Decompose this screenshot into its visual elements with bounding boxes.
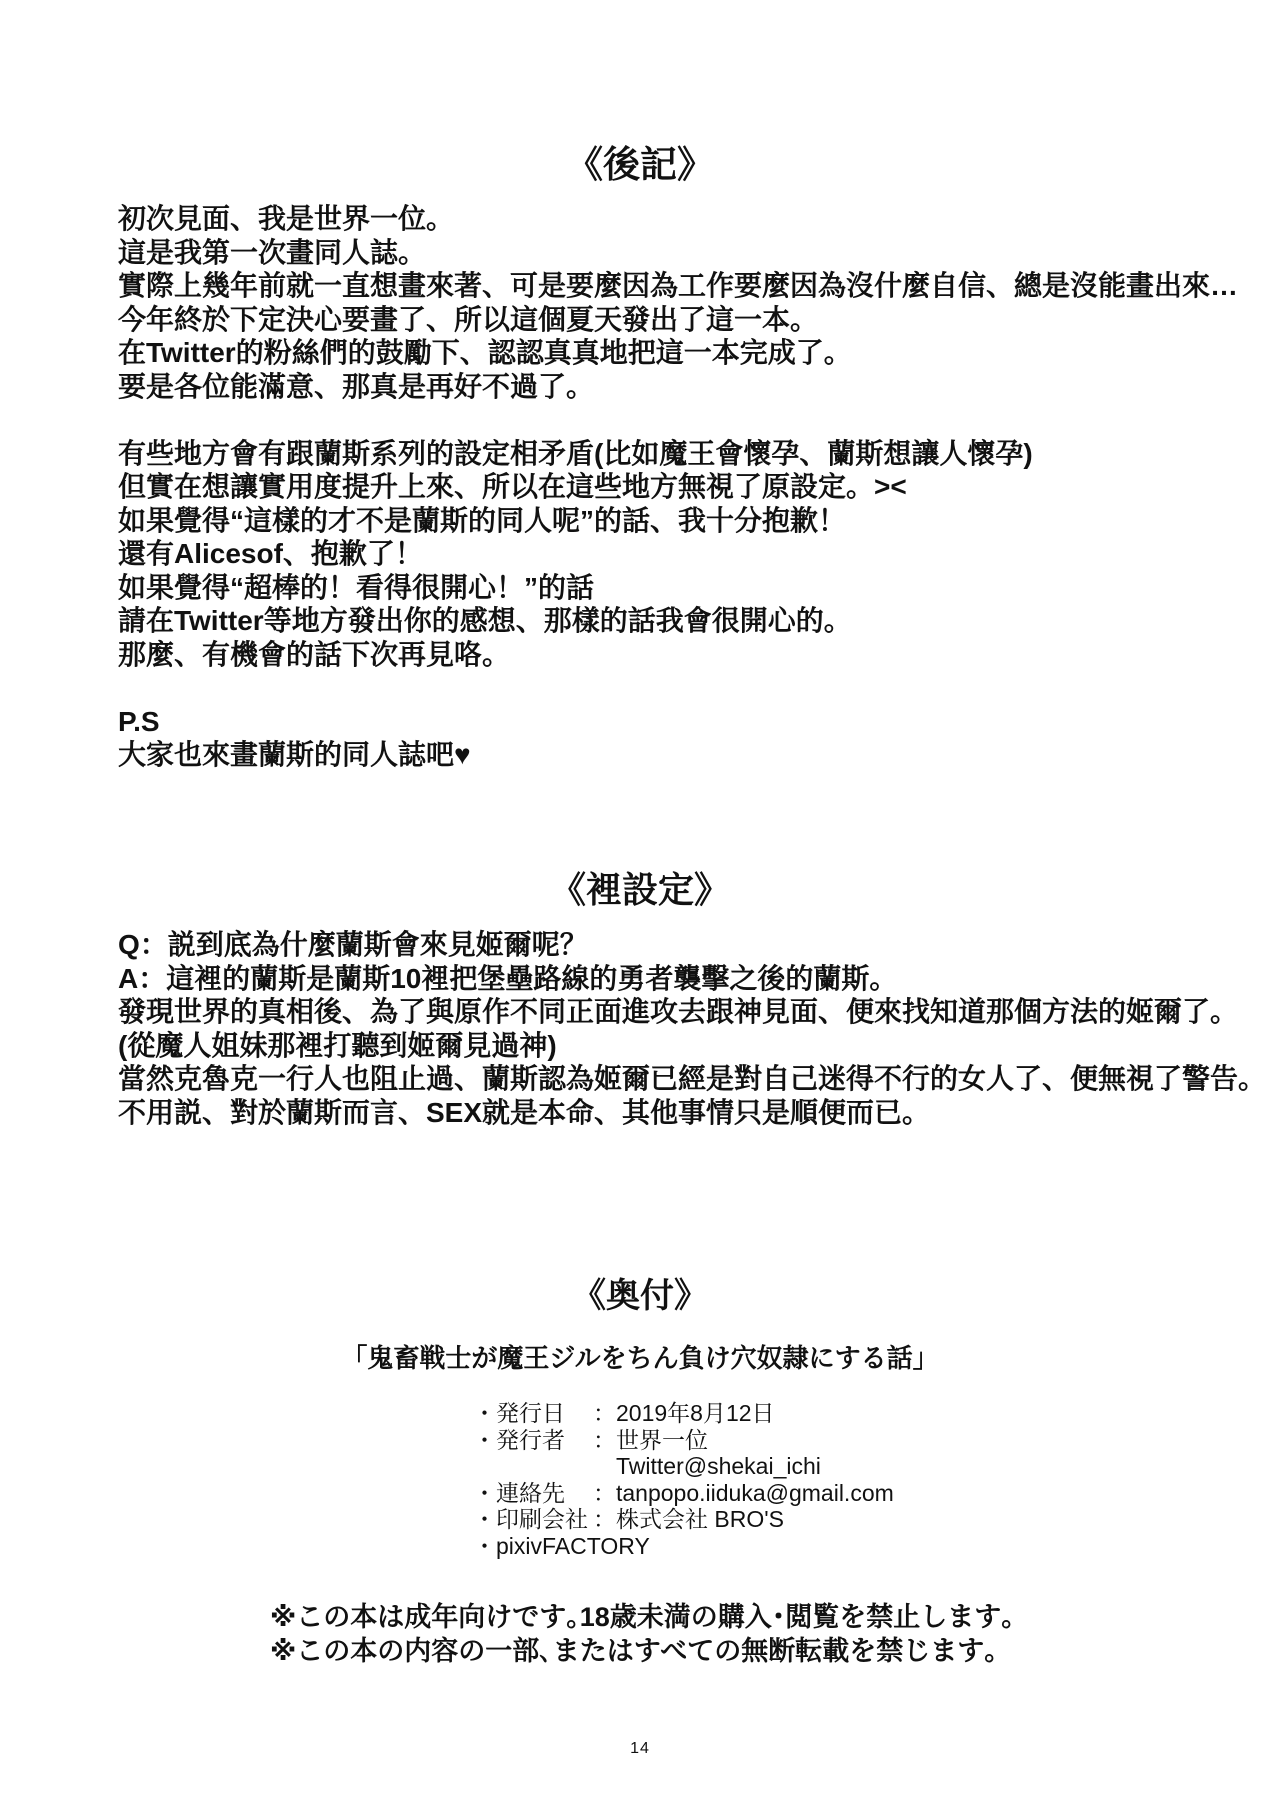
- page-number: 14: [0, 1740, 1280, 1758]
- age-restriction-notices: ※この本は成年向けです｡18歳未満の購入･閲覧を禁止します｡※この本の内容の一部…: [270, 1600, 1015, 1668]
- colophon-label: ・発行日: [473, 1400, 593, 1427]
- doujin-afterword-page: 《後記》 初次見面、我是世界一位。這是我第一次畫同人誌。實際上幾年前就一直想畫來…: [0, 0, 1280, 1807]
- colophon-row: ・連絡先 ：tanpopo.iiduka@gmail.com: [473, 1480, 894, 1507]
- colophon-label: ・発行者: [473, 1427, 593, 1454]
- afterword-body: 初次見面、我是世界一位。這是我第一次畫同人誌。實際上幾年前就一直想畫來著、可是要…: [118, 202, 1264, 772]
- afterword-postscript: P.S大家也來畫蘭斯的同人誌吧♥: [118, 705, 1264, 772]
- text-line: A：這裡的蘭斯是蘭斯10裡把堡壘路線的勇者襲擊之後的蘭斯。: [118, 962, 1264, 996]
- afterword-paragraph-2: 有些地方會有跟蘭斯系列的設定相矛盾(比如魔王會懷孕、蘭斯想讓人懷孕)但實在想讓實…: [118, 437, 1264, 672]
- colophon-value: ：tanpopo.iiduka@gmail.com: [593, 1480, 894, 1507]
- colophon-row: Twitter@shekai_ichi: [473, 1453, 894, 1480]
- afterword-paragraph-1: 初次見面、我是世界一位。這是我第一次畫同人誌。實際上幾年前就一直想畫來著、可是要…: [118, 202, 1264, 403]
- colophon-section-title: 《奥付》: [0, 1268, 1280, 1317]
- colophon-label: ・連絡先: [473, 1480, 593, 1507]
- text-line: 但實在想讓實用度提升上來、所以在這些地方無視了原設定。><: [118, 470, 1264, 504]
- text-line: 這是我第一次畫同人誌。: [118, 236, 1264, 270]
- book-title: 「鬼畜戦士が魔王ジルをちん負け穴奴隷にする話」: [0, 1338, 1280, 1375]
- text-line: 不用説、對於蘭斯而言、SEX就是本命、其他事情只是順便而已。: [118, 1096, 1264, 1130]
- colophon-row: ・pixivFACTORY: [473, 1533, 894, 1560]
- text-line: 有些地方會有跟蘭斯系列的設定相矛盾(比如魔王會懷孕、蘭斯想讓人懷孕): [118, 437, 1264, 471]
- colophon-row: ・発行日 ：2019年8月12日: [473, 1400, 894, 1427]
- text-line: (從魔人姐妹那裡打聽到姬爾見過神): [118, 1029, 1264, 1063]
- text-line: 初次見面、我是世界一位。: [118, 202, 1264, 236]
- text-line: 如果覺得“這樣的才不是蘭斯的同人呢”的話、我十分抱歉！: [118, 504, 1264, 538]
- text-line: 發現世界的真相後、為了與原作不同正面進攻去跟神見面、便來找知道那個方法的姬爾了。: [118, 995, 1264, 1029]
- colophon-value: ：世界一位: [593, 1427, 708, 1454]
- colophon-label: ・印刷会社: [473, 1506, 593, 1533]
- text-line: 今年終於下定決心要畫了、所以這個夏天發出了這一本。: [118, 303, 1264, 337]
- text-line: P.S: [118, 705, 1264, 739]
- colophon-label: [473, 1453, 593, 1480]
- colophon-label: ・pixivFACTORY: [473, 1533, 593, 1560]
- colophon-rows: ・発行日 ：2019年8月12日 ・発行者 ：世界一位 Twitter@shek…: [473, 1400, 894, 1559]
- colophon-row: ・印刷会社 ：株式会社 BRO'S: [473, 1506, 894, 1533]
- inner-setting-section-title: 《裡設定》: [0, 862, 1280, 913]
- colophon-row: ・発行者 ：世界一位: [473, 1427, 894, 1454]
- text-line: 那麼、有機會的話下次再見咯。: [118, 638, 1264, 672]
- inner-setting-body: Q：説到底為什麼蘭斯會來見姬爾呢？A：這裡的蘭斯是蘭斯10裡把堡壘路線的勇者襲擊…: [118, 928, 1264, 1129]
- text-line: 如果覺得“超棒的！看得很開心！”的話: [118, 571, 1264, 605]
- notice-line: ※この本の内容の一部､またはすべての無断転載を禁じます｡: [270, 1634, 1015, 1668]
- afterword-section-title: 《後記》: [0, 134, 1280, 188]
- notice-line: ※この本は成年向けです｡18歳未満の購入･閲覧を禁止します｡: [270, 1600, 1015, 1634]
- text-line: Q：説到底為什麼蘭斯會來見姬爾呢？: [118, 928, 1264, 962]
- colophon-value: ：2019年8月12日: [593, 1400, 775, 1427]
- colophon-value: Twitter@shekai_ichi: [593, 1453, 821, 1480]
- text-line: 請在Twitter等地方發出你的感想、那樣的話我會很開心的。: [118, 604, 1264, 638]
- text-line: 還有Alicesof、抱歉了！: [118, 537, 1264, 571]
- text-line: 要是各位能滿意、那真是再好不過了。: [118, 370, 1264, 404]
- colophon-value: ：株式会社 BRO'S: [593, 1506, 784, 1533]
- text-line: 當然克魯克一行人也阻止過、蘭斯認為姬爾已經是對自己迷得不行的女人了、便無視了警告…: [118, 1062, 1264, 1096]
- text-line: 在Twitter的粉絲們的鼓勵下、認認真真地把這一本完成了。: [118, 336, 1264, 370]
- text-line: 實際上幾年前就一直想畫來著、可是要麼因為工作要麼因為沒什麼自信、總是沒能畫出來…: [118, 269, 1264, 303]
- text-line: 大家也來畫蘭斯的同人誌吧♥: [118, 738, 1264, 772]
